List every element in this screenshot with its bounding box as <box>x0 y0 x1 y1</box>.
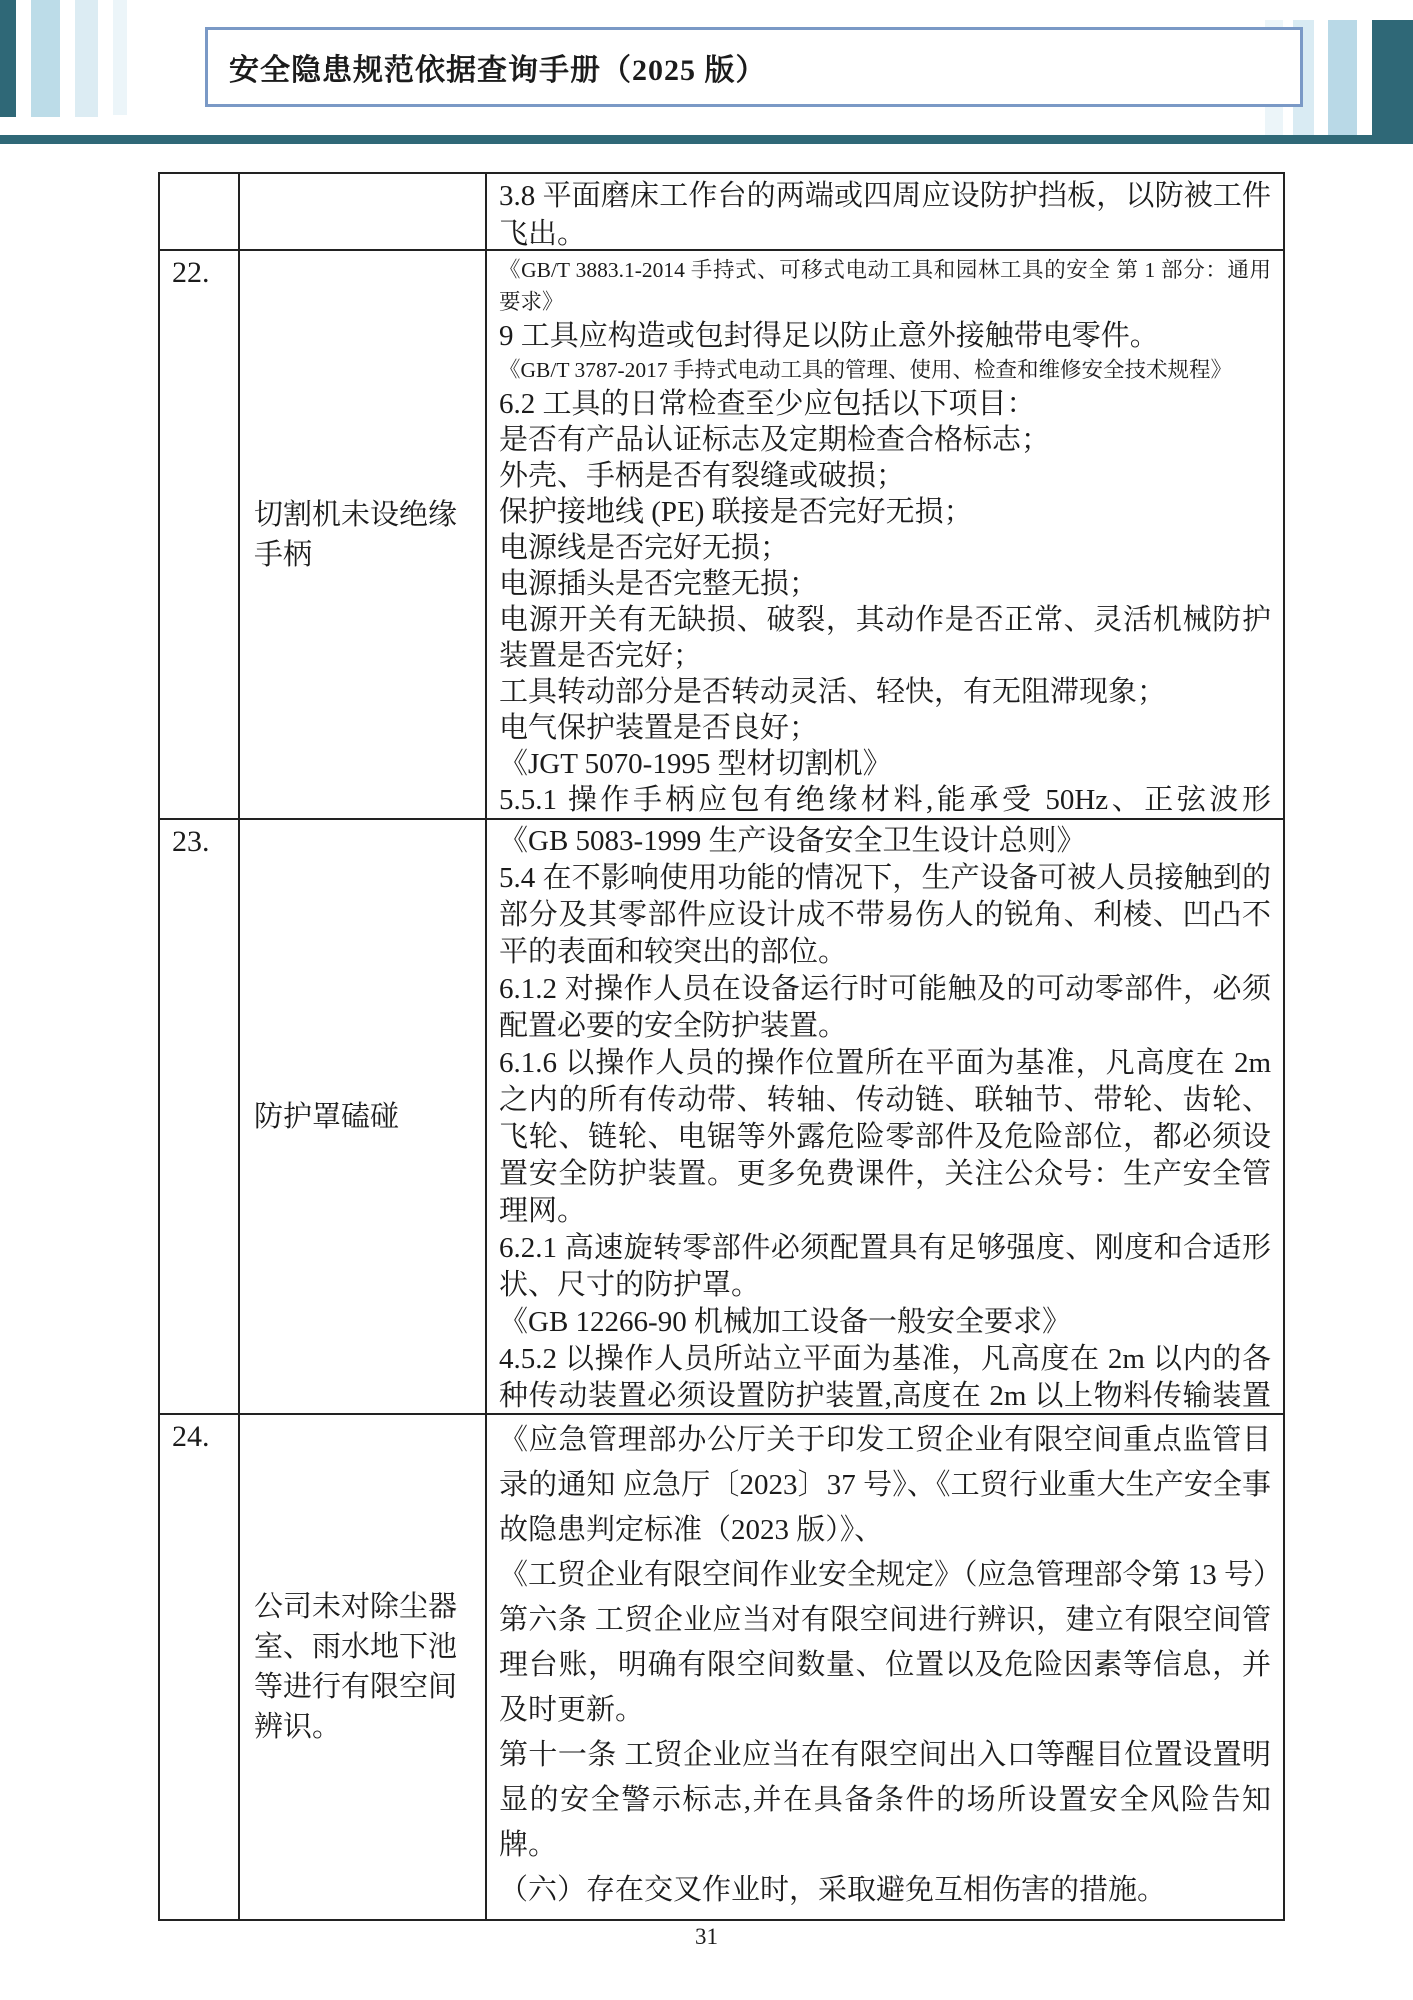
basis-paragraph: 是否有产品认证标志及定期检查合格标志； <box>499 422 1271 458</box>
basis-paragraph: 《GB 5083-1999 生产设备安全卫生设计总则》 <box>499 823 1271 860</box>
page-number: 31 <box>0 1924 1413 1950</box>
basis-paragraph: 电气保护装置是否良好； <box>499 710 1271 746</box>
basis-paragraph: 《DB37T 1933-2011 工贸企业有限空间作业安全规范》 <box>499 1913 1271 1918</box>
row-number-cell: 23. <box>159 819 239 1414</box>
basis-paragraph: 6.1.2 对操作人员在设备运行时可能触及的可动零部件，必须配置必要的安全防护装… <box>499 971 1271 1045</box>
basis-paragraph: 《GB 12266-90 机械加工设备一般安全要求》 <box>499 1304 1271 1341</box>
deco-stripe-blue-left <box>31 0 60 117</box>
basis-paragraph: 电源线是否完好无损； <box>499 530 1271 566</box>
basis-paragraph: 电源插头是否完整无损； <box>499 566 1271 602</box>
basis-cell: 《应急管理部办公厅关于印发工贸企业有限空间重点监管目录的通知 应急厅〔2023〕… <box>486 1414 1284 1920</box>
basis-paragraph: 《GB/T 3883.1-2014 手持式、可移式电动工具和园林工具的安全 第 … <box>499 254 1271 318</box>
deco-stripe-pale-left <box>113 0 127 115</box>
table-row: 22. 切割机未设绝缘手柄 《GB/T 3883.1-2014 手持式、可移式电… <box>159 250 1284 819</box>
basis-paragraph: 《JGT 5070-1995 型材切割机》 <box>499 746 1271 782</box>
basis-paragraph: 5.4 在不影响使用功能的情况下，生产设备可被人员接触到的部分及其零部件应设计成… <box>499 860 1271 971</box>
basis-paragraph: 《工贸企业有限空间作业安全规定》（应急管理部令第 13 号） <box>499 1553 1271 1598</box>
hazard-desc-cell: 公司未对除尘器室、雨水地下池等进行有限空间辨识。 <box>239 1414 486 1920</box>
table-row: 24. 公司未对除尘器室、雨水地下池等进行有限空间辨识。 《应急管理部办公厅关于… <box>159 1414 1284 1920</box>
basis-paragraph: 电源开关有无缺损、破裂，其动作是否正常、灵活机械防护装置是否完好； <box>499 602 1271 674</box>
header-rule <box>0 135 1413 144</box>
title-box: 安全隐患规范依据查询手册（2025 版） <box>205 27 1303 107</box>
deco-stripe-light-left <box>75 0 98 117</box>
basis-cell: 3.8 平面磨床工作台的两端或四周应设防护挡板，以防被工件飞出。 <box>486 173 1284 250</box>
basis-paragraph: 3.8 平面磨床工作台的两端或四周应设防护挡板，以防被工件飞出。 <box>499 177 1271 249</box>
basis-paragraph: （六）存在交叉作业时，采取避免互相伤害的措施。 <box>499 1868 1271 1913</box>
basis-paragraph: 第十一条 工贸企业应当在有限空间出入口等醒目位置设置明显的安全警示标志,并在具备… <box>499 1733 1271 1868</box>
table-row: 3.8 平面磨床工作台的两端或四周应设防护挡板，以防被工件飞出。 <box>159 173 1284 250</box>
row-number-cell <box>159 173 239 250</box>
basis-paragraph: 9 工具应构造或包封得足以防止意外接触带电零件。 <box>499 318 1271 354</box>
table-row: 23. 防护罩磕碰 《GB 5083-1999 生产设备安全卫生设计总则》 5.… <box>159 819 1284 1414</box>
hazard-desc-cell <box>239 173 486 250</box>
basis-paragraph: 《GB/T 3787-2017 手持式电动工具的管理、使用、检查和维修安全技术规… <box>499 354 1271 386</box>
deco-stripe-dark-left <box>0 0 16 117</box>
page-title: 安全隐患规范依据查询手册（2025 版） <box>229 45 767 89</box>
row-number-cell: 24. <box>159 1414 239 1920</box>
basis-cell: 《GB/T 3883.1-2014 手持式、可移式电动工具和园林工具的安全 第 … <box>486 250 1284 819</box>
basis-paragraph: 4.5.2 以操作人员所站立平面为基准，凡高度在 2m 以内的各种传动装置必须设… <box>499 1341 1271 1413</box>
basis-paragraph: 5.5.1 操作手柄应包有绝缘材料,能承受 50Hz、正弦波形 1250V、历时… <box>499 782 1271 818</box>
basis-paragraph: 保护接地线 (PE) 联接是否完好无损； <box>499 494 1271 530</box>
basis-paragraph: 《应急管理部办公厅关于印发工贸企业有限空间重点监管目录的通知 应急厅〔2023〕… <box>499 1418 1271 1553</box>
basis-paragraph: 工具转动部分是否转动灵活、轻快，有无阻滞现象； <box>499 674 1271 710</box>
row-number-cell: 22. <box>159 250 239 819</box>
basis-paragraph: 第六条 工贸企业应当对有限空间进行辨识，建立有限空间管理台账，明确有限空间数量、… <box>499 1598 1271 1733</box>
basis-paragraph: 6.2 工具的日常检查至少应包括以下项目： <box>499 386 1271 422</box>
hazard-desc-cell: 切割机未设绝缘手柄 <box>239 250 486 819</box>
basis-cell: 《GB 5083-1999 生产设备安全卫生设计总则》 5.4 在不影响使用功能… <box>486 819 1284 1414</box>
basis-paragraph: 6.1.6 以操作人员的操作位置所在平面为基准，凡高度在 2m 之内的所有传动带… <box>499 1045 1271 1230</box>
hazard-desc-cell: 防护罩磕碰 <box>239 819 486 1414</box>
basis-paragraph: 6.2.1 高速旋转零部件必须配置具有足够强度、刚度和合适形状、尺寸的防护罩。 <box>499 1230 1271 1304</box>
deco-stripe-dark-right <box>1372 20 1413 138</box>
basis-paragraph: 外壳、手柄是否有裂缝或破损； <box>499 458 1271 494</box>
deco-stripe-blue-right <box>1328 20 1357 137</box>
regulation-table: 3.8 平面磨床工作台的两端或四周应设防护挡板，以防被工件飞出。 22. 切割机… <box>158 172 1285 1921</box>
